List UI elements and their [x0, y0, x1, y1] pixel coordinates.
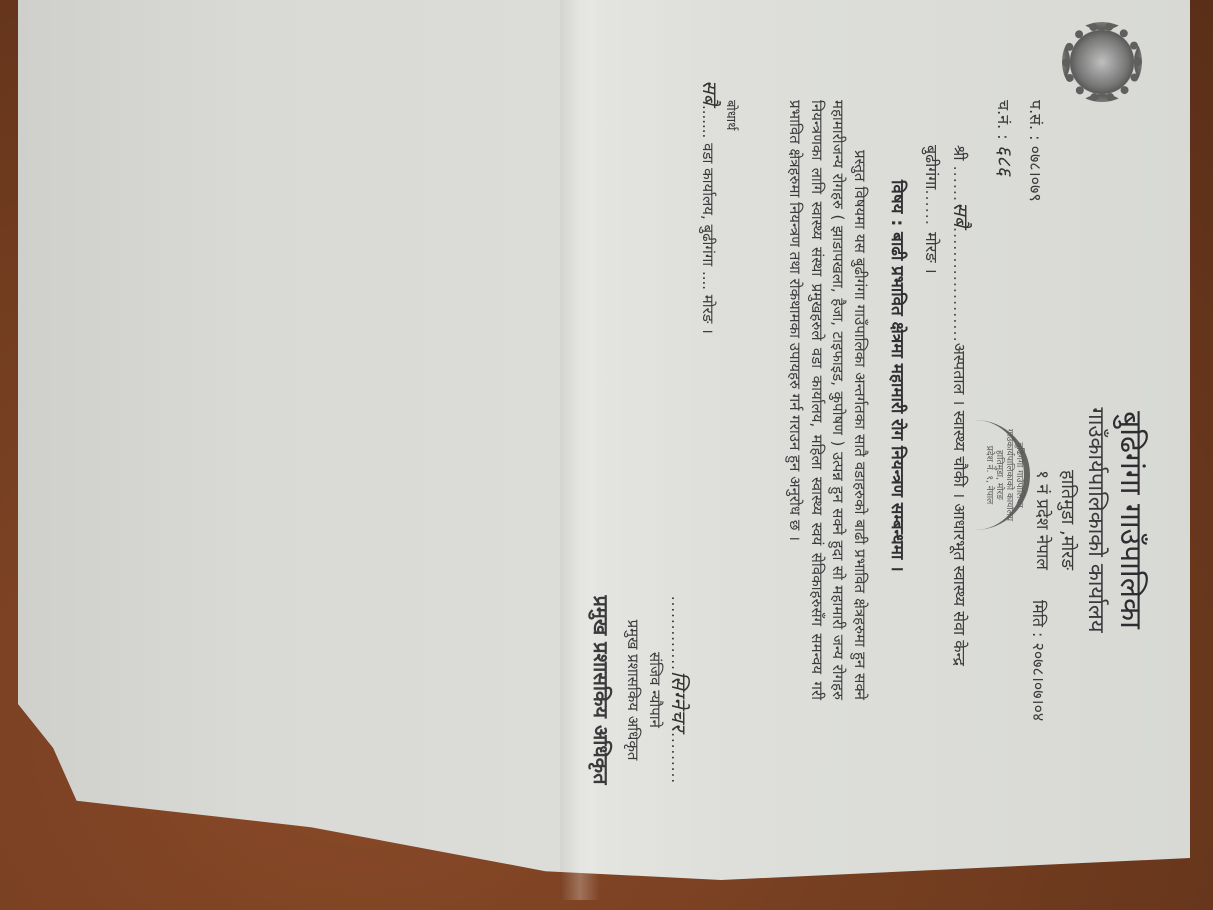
recipient: श्री ......सबै...................अस्पताल… — [917, 145, 975, 666]
designation-stamp: प्रमुख प्रशासकिय अधिकृत — [590, 560, 612, 820]
signature-block: .............सिग्नेचर......... संजिव न्य… — [590, 560, 690, 820]
reference-numbers: प.सं. : ०७८।०७९ च.नं. : ६८६ — [988, 100, 1050, 202]
signatory-name: संजिव न्यौपाने — [644, 560, 666, 820]
handwritten-signature: सिग्नेचर — [667, 671, 691, 732]
cc-line: बोधार्थ सबै....... वडा कार्यालय, बुढीगंग… — [698, 80, 740, 334]
patra-sankhya: प.सं. : ०७८।०७९ — [1020, 100, 1050, 202]
letter-content: बुढिगंगा गाउँपालिका गाउँकार्यपालिकाको का… — [30, 0, 1150, 900]
office-address: हातिमुडा ,मोरङ — [1054, 280, 1080, 760]
government-emblem-icon — [1062, 22, 1142, 102]
letter-date: मिति : २०७८।०७।०४ — [1028, 600, 1050, 721]
signatory-designation: प्रमुख प्रशासकिय अधिकृत — [622, 560, 644, 820]
chalani-number: च.नं. : ६८६ — [988, 100, 1020, 202]
handwritten-recipient: सबै — [949, 202, 973, 227]
office-name: गाउँकार्यपालिकाको कार्यालय — [1080, 280, 1110, 760]
municipality-name: बुढिगंगा गाउँपालिका — [1110, 280, 1150, 760]
letter-body: प्रस्तुत विषयमा यस बुढीगंगा गाउँपालिका अ… — [784, 100, 870, 700]
subject-line: विषय : बाढी प्रभावित क्षेत्रमा महामारी र… — [887, 180, 910, 572]
